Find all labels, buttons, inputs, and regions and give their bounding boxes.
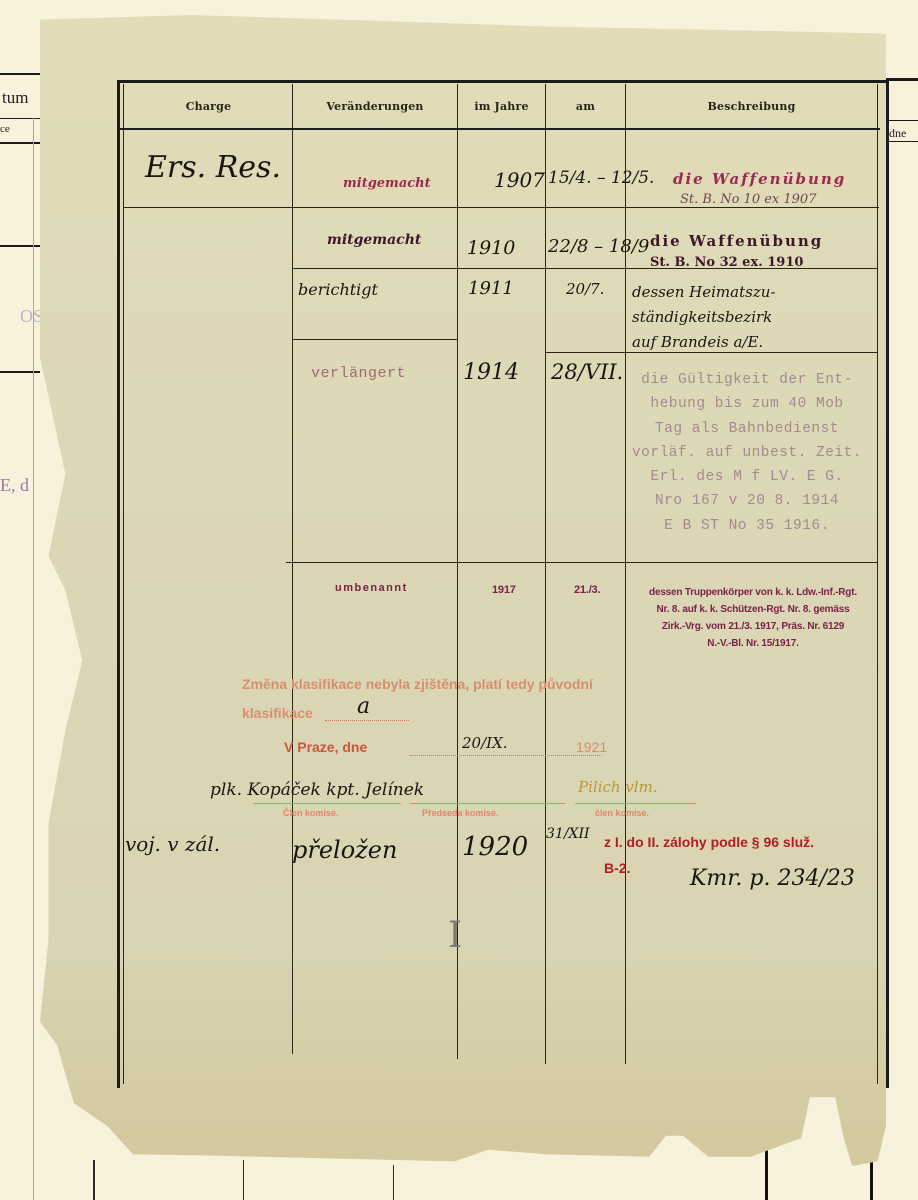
row3-beschreibung-line: auf Brandeis a/E. [632,330,775,355]
row5-beschreibung: dessen Truppenkörper von k. k. Ldw.-Inf.… [628,584,878,652]
czech-stamp-line1: Změna klasifikace nebyla zjištěna, platí… [242,676,593,692]
row3-beschreibung-line: ständigkeitsbezirk [632,305,775,330]
row1-am: 15/4. – 12/5. [548,168,654,188]
row4-beschreibung-line: E B ST No 35 1916. [622,514,872,538]
column-header-am: am [546,100,625,113]
row3-beschreibung-line: dessen Heimatszu- [632,280,775,305]
bg-rule [0,142,40,144]
final-code: B-2. [604,860,630,876]
row4-am: 28/VII. [551,360,623,384]
row4-beschreibung-line: Nro 167 v 20 8. 1914 [622,489,872,513]
row-rule [124,207,879,208]
signature-line [575,803,696,804]
bg-rule [886,141,918,142]
row4-beschreibung-line: vorläf. auf unbest. Zeit. [622,441,872,465]
row2-jahr: 1910 [467,237,515,259]
yellow-signature: Pilich vlm. [578,778,658,796]
final-am: 31/XII [546,826,590,842]
bg-rule [0,73,40,75]
classification-dotted-line [325,720,409,721]
bg-rule [0,245,40,247]
column-rule [292,84,293,1054]
row4-veraenderung: verlängert [311,365,406,382]
commission-label-member: člen komise. [595,808,649,818]
czech-stamp-place-label: V Praze, dne [284,739,367,755]
final-jahr: 1920 [462,832,528,862]
row3-veraenderung: berichtigt [298,280,378,299]
frame-inner-left-rule [123,84,124,1084]
bg-rule [886,120,918,121]
row5-beschreibung-line: Nr. 8. auf k. k. Schützen-Rgt. Nr. 8. ge… [628,601,878,618]
row4-beschreibung-line: Erl. des M f LV. E G. [622,465,872,489]
column-header-beschreibung: Beschreibung [626,100,877,113]
column-rule [545,84,546,1064]
row4-beschreibung-line: Tag als Bahnbedienst [622,417,872,441]
signature-line [410,803,565,804]
bg-column-rule [393,1165,394,1200]
czech-stamp-classification-label: klasifikace [242,705,313,721]
row-rule [293,339,457,340]
column-header-jahr: im Jahre [458,100,545,113]
commission-label-chair: Předseda komise. [422,808,499,818]
bg-header-fragment: tum [2,88,28,108]
final-reference: Kmr. p. 234/23 [690,866,855,891]
column-header-charge: Charge [125,100,292,113]
row5-beschreibung-line: Zirk.-Vrg. vom 21./3. 1917, Präs. Nr. 61… [628,618,878,635]
pencil-mark: I [448,915,462,956]
bg-subheader-fragment: ce [0,123,10,135]
bg-rule [0,118,40,119]
row2-am: 22/8 – 18/9 [548,236,649,257]
bg-column-rule [33,118,34,1200]
row2-veraenderung: mitgemacht [327,232,421,248]
row1-veraenderung: mitgemacht [343,176,431,191]
row1-beschreibung-line1: die Waffenübung [673,170,846,188]
header-bottom-rule [120,128,880,130]
row5-jahr: 1917 [492,582,516,599]
row4-beschreibung-line: die Gültigkeit der Ent- [622,368,872,392]
column-header-veraenderungen: Veränderungen [293,100,457,113]
final-beschreibung: z I. do II. zálohy podle § 96 služ. [604,834,814,850]
row3-jahr: 1911 [468,278,514,299]
row1-jahr: 1907 [494,168,545,192]
bg-rule [0,371,40,373]
bg-column-rule [93,1160,95,1200]
final-veraenderung: přeložen [292,836,397,864]
row5-veraenderung: umbenannt [335,580,408,597]
bg-right-fragment: dne [889,126,906,141]
column-rule [625,84,626,1064]
row3-am: 20/7. [566,280,604,298]
row2-beschreibung-line2: St. B. No 32 ex. 1910 [650,255,803,270]
commission-label-member: Člen komise. [283,808,339,818]
row3-beschreibung: dessen Heimatszu- ständigkeitsbezirk auf… [632,280,775,355]
commission-signatures: plk. Kopáček kpt. Jelínek [210,780,424,800]
final-charge: voj. v zál. [125,832,220,856]
charge-value: Ers. Res. [145,150,281,185]
row1-beschreibung-line2: St. B. No 10 ex 1907 [680,192,816,207]
row-rule [286,562,877,563]
bg-column-rule [870,1160,873,1200]
stamp-date: 20/IX. [462,734,508,752]
row5-beschreibung-line: dessen Truppenkörper von k. k. Ldw.-Inf.… [628,584,878,601]
row5-am: 21./3. [574,582,600,599]
signature-line [253,803,401,804]
date-dotted-line [410,755,602,756]
stamp-year: 1921 [576,739,607,755]
column-rule [457,84,458,1059]
row5-beschreibung-line: N.-V.-Bl. Nr. 15/1917. [628,635,878,652]
row4-jahr: 1914 [463,360,519,385]
bg-rule [886,78,918,81]
row2-beschreibung-line1: die Waffenübung [650,232,823,250]
row4-beschreibung-line: hebung bis zum 40 Mob [622,392,872,416]
bg-faded-stamp: E, d [0,475,29,496]
classification-value: a [357,694,370,719]
bg-column-rule [243,1160,244,1200]
row4-beschreibung: die Gültigkeit der Ent- hebung bis zum 4… [622,368,872,538]
